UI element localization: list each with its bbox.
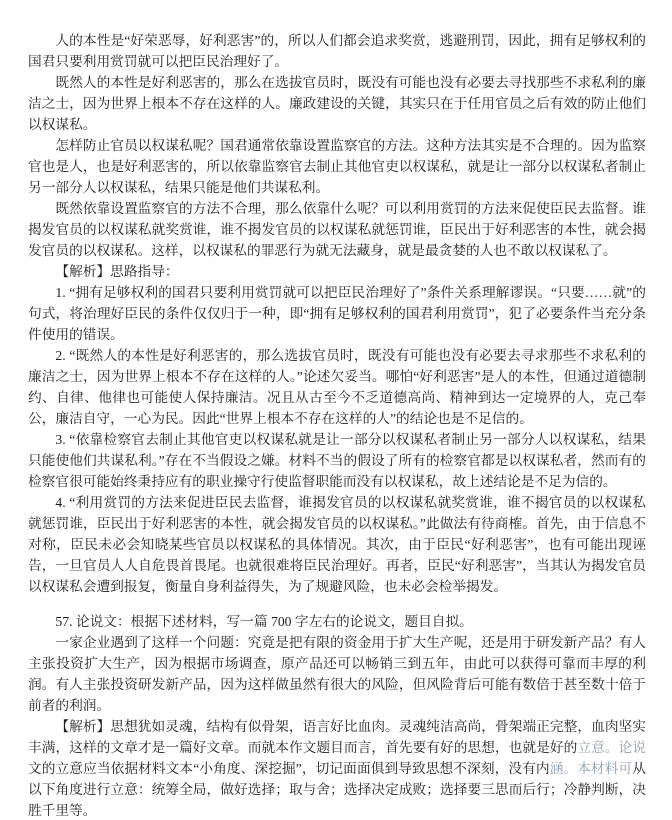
muted-text-run: 涵。本材料可 bbox=[550, 761, 633, 776]
document-body: 人的本性是“好荣恶辱，好利恶害”的，所以人们都会追求奖赏，逃避刑罚，因此，拥有足… bbox=[0, 0, 672, 820]
question-57-stem: 57. 论说文：根据下述材料，写一篇 700 字左右的论说文，题目自拟。 bbox=[28, 611, 646, 632]
text-run: 2. “既然人的本性是好利恶害的，那么选拔官员时，既没有可能也没有必要去寻求那些… bbox=[28, 348, 646, 426]
question-57-analysis: 【解析】思想犹如灵魂，结构有似骨架，语言好比血肉。灵魂纯洁高尚，骨架端正完整，血… bbox=[28, 716, 646, 820]
analysis-point-1: 1. “拥有足够权利的国君只要利用赏罚就可以把臣民治理好了”条件关系理解谬误。“… bbox=[28, 282, 646, 345]
text-run: 【解析】思路指导： bbox=[55, 264, 178, 279]
text-run: 一家企业遇到了这样一个问题：究竟是把有限的资金用于扩大生产呢，还是用于研发新产品… bbox=[28, 635, 646, 713]
analysis-heading: 【解析】思路指导： bbox=[28, 261, 646, 282]
analysis-point-3: 3. “依靠检察官去制止其他官吏以权谋私就是让一部分以权谋私者制止另一部分人以权… bbox=[28, 429, 646, 492]
text-run: 57. 论说文：根据下述材料，写一篇 700 字左右的论说文，题目自拟。 bbox=[55, 614, 472, 629]
analysis-point-2: 2. “既然人的本性是好利恶害的，那么选拔官员时，既没有可能也没有必要去寻求那些… bbox=[28, 345, 646, 429]
material-paragraph-3: 怎样防止官员以权谋私呢？国君通常依靠设置监察官的方法。这种方法其实是不合理的。因… bbox=[28, 135, 646, 198]
text-run: 怎样防止官员以权谋私呢？国君通常依靠设置监察官的方法。这种方法其实是不合理的。因… bbox=[28, 138, 646, 195]
analysis-point-4: 4. “利用赏罚的方法来促进臣民去监督，谁揭发官员的以权谋私就奖赏谁，谁不揭官员… bbox=[28, 492, 646, 597]
material-paragraph-2: 既然人的本性是好利恶害的，那么在选拔官员时，既没有可能也没有必要去寻找那些不求私… bbox=[28, 72, 646, 135]
text-run: 3. “依靠检察官去制止其他官吏以权谋私就是让一部分以权谋私者制止另一部分人以权… bbox=[28, 432, 646, 489]
question-57-material: 一家企业遇到了这样一个问题：究竟是把有限的资金用于扩大生产呢，还是用于研发新产品… bbox=[28, 632, 646, 716]
document-page: 人的本性是“好荣恶辱，好利恶害”的，所以人们都会追求奖赏，逃避刑罚，因此，拥有足… bbox=[0, 0, 672, 820]
text-run: 【解析】思想犹如灵魂，结构有似骨架，语言好比血肉。灵魂纯洁高尚，骨架端正完整，血… bbox=[28, 719, 646, 755]
text-run: 人的本性是“好荣恶辱，好利恶害”的，所以人们都会追求奖赏，逃避刑罚，因此，拥有足… bbox=[28, 33, 646, 69]
material-paragraph-4: 既然依靠设置监察官的方法不合理，那么依靠什么呢？可以利用赏罚的方法来促使臣民去监… bbox=[28, 198, 646, 261]
text-run: 4. “利用赏罚的方法来促进臣民去监督，谁揭发官员的以权谋私就奖赏谁，谁不揭官员… bbox=[28, 495, 646, 594]
material-paragraph-1: 人的本性是“好荣恶辱，好利恶害”的，所以人们都会追求奖赏，逃避刑罚，因此，拥有足… bbox=[28, 30, 646, 72]
text-run: 既然依靠设置监察官的方法不合理，那么依靠什么呢？可以利用赏罚的方法来促使臣民去监… bbox=[28, 201, 646, 258]
text-run: 文的立意应当依据材料文本“小角度、深挖掘”，切记面面俱到导致思想不深刻，没有内 bbox=[28, 761, 550, 776]
muted-text-run: 立意。论说 bbox=[577, 740, 646, 755]
text-run: 1. “拥有足够权利的国君只要利用赏罚就可以把臣民治理好了”条件关系理解谬误。“… bbox=[28, 285, 646, 342]
text-run: 既然人的本性是好利恶害的，那么在选拔官员时，既没有可能也没有必要去寻找那些不求私… bbox=[28, 75, 646, 132]
